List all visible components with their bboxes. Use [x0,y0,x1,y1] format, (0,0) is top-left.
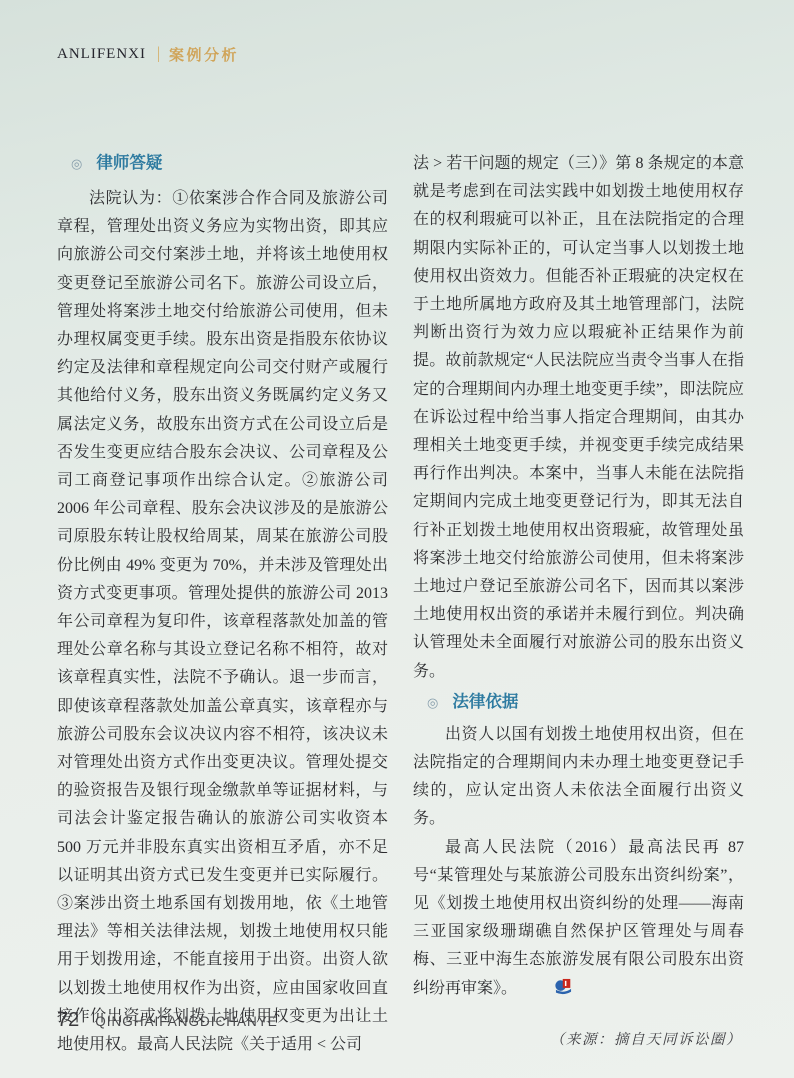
journal-code: ANLIFENXI [57,46,146,63]
source-line: （来源：摘自天同诉讼圈） [413,1028,744,1049]
article-body: ◎ 律师答疑 法院认为：①依案涉合作合同及旅游公司章程，管理处出资义务应为实物出… [57,150,744,1063]
section-title: 案例分析 [169,44,239,65]
heading-lawyer-qa-label: 律师答疑 [96,150,162,177]
journal-end-mark-icon [522,978,573,995]
page-footer: 72 QINGHAIFANGDICHANYE [57,1009,278,1032]
right-column: 法 > 若干问题的规定（三）》第 8 条规定的本意就是考虑到在司法实践中如划拨土… [413,150,744,1063]
heading-legal-basis: ◎ 法律依据 [413,689,744,716]
left-column: ◎ 律师答疑 法院认为：①依案涉合作合同及旅游公司章程，管理处出资义务应为实物出… [57,150,388,1063]
case-citation-paragraph: 最高人民法院（2016）最高法民再 87 号“某管理处与某旅游公司股东出资纠纷案… [413,834,744,1003]
legal-basis-paragraph: 出资人以国有划拨土地使用权出资，但在法院指定的合理期间内未办理土地变更登记手续的… [413,721,744,834]
magazine-page: ANLIFENXI | 案例分析 ◎ 律师答疑 法院认为：①依案涉合作合同及旅游… [0,0,794,1078]
header-divider: | [157,45,160,65]
page-header: ANLIFENXI | 案例分析 [57,44,239,65]
court-opinion-paragraph: 法院认为：①依案涉合作合同及旅游公司章程，管理处出资义务应为实物出资，即其应向旅… [57,185,388,1059]
ring-bullet-icon: ◎ [71,150,82,177]
case-citation-text: 最高人民法院（2016）最高法民再 87 号“某管理处与某旅游公司股东出资纠纷案… [413,839,744,997]
ring-bullet-icon: ◎ [427,689,438,716]
heading-legal-basis-label: 法律依据 [452,689,518,716]
court-opinion-continuation: 法 > 若干问题的规定（三）》第 8 条规定的本意就是考虑到在司法实践中如划拨土… [413,150,744,686]
journal-name: QINGHAIFANGDICHANYE [95,1014,278,1029]
page-number: 72 [57,1009,79,1032]
heading-lawyer-qa: ◎ 律师答疑 [57,150,388,177]
